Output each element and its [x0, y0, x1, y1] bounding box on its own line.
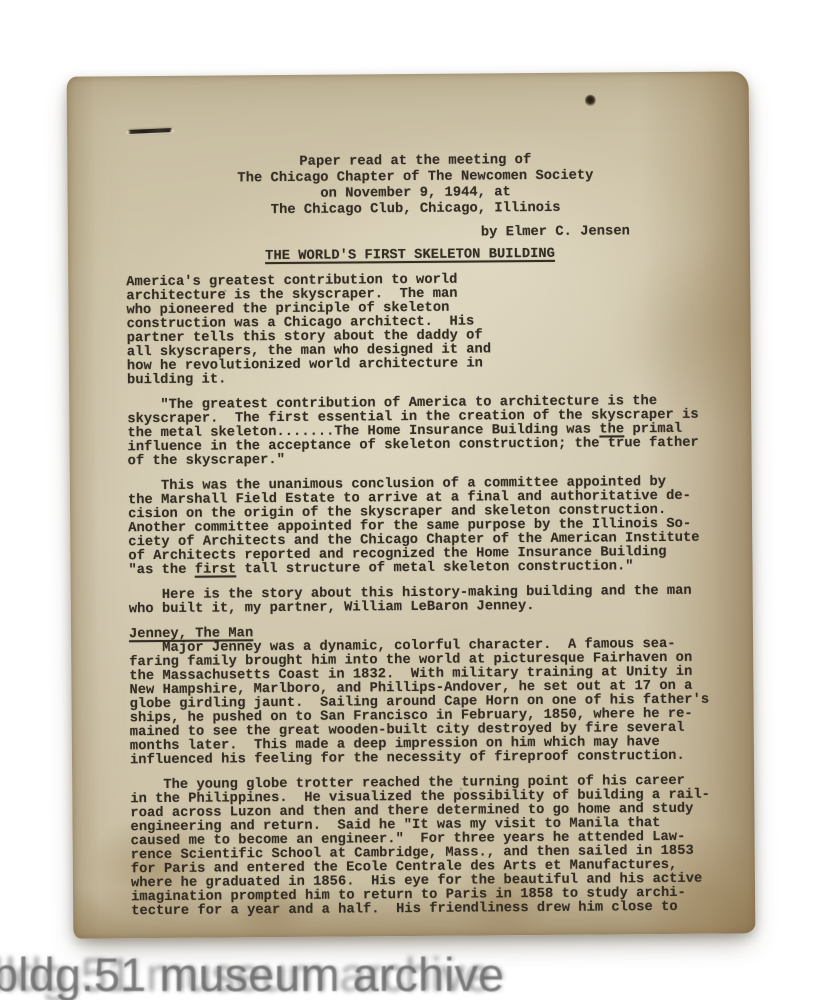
byline: by Elmer C. Jensen: [126, 224, 726, 245]
document-header: Paper read at the meeting of The Chicago…: [115, 152, 715, 221]
watermark: bldg.51 museum archive: [0, 947, 504, 1000]
ink-spot: [585, 95, 596, 107]
typed-line: influenced his feeling for the necessity…: [130, 750, 730, 769]
typed-content: Paper read at the meeting of The Chicago…: [125, 152, 731, 920]
paragraph: This was the unanimous conclusion of a c…: [128, 476, 729, 579]
staple-mark: [125, 125, 175, 139]
typed-line: "as the first tall structure of metal sk…: [128, 560, 728, 579]
document-title: THE WORLD'S FIRST SKELETON BUILDING: [110, 246, 710, 267]
typed-body: America's greatest contribution to world…: [126, 272, 731, 920]
paragraph: Major Jenney was a dynamic, colorful cha…: [129, 638, 730, 769]
paragraph: "The greatest contribution of America to…: [127, 395, 728, 470]
header-line: The Chicago Club, Chicago, Illinois: [116, 200, 716, 221]
byline-text: by Elmer C. Jensen: [481, 224, 630, 240]
typed-line: of the skyscraper.": [128, 451, 728, 470]
paragraph: Here is the story about this history-mak…: [129, 585, 729, 618]
scan-background: Paper read at the meeting of The Chicago…: [0, 0, 818, 1000]
typed-line: building it.: [127, 370, 727, 389]
document-page: Paper read at the meeting of The Chicago…: [67, 71, 756, 938]
paragraph: America's greatest contribution to world…: [126, 272, 727, 389]
typed-line: tecture for a year and a half. His frien…: [131, 900, 731, 919]
document-title-text: THE WORLD'S FIRST SKELETON BUILDING: [265, 247, 555, 264]
paragraph: The young globe trotter reached the turn…: [130, 775, 731, 920]
typed-line: who built it, my partner, William LeBaro…: [129, 599, 729, 618]
